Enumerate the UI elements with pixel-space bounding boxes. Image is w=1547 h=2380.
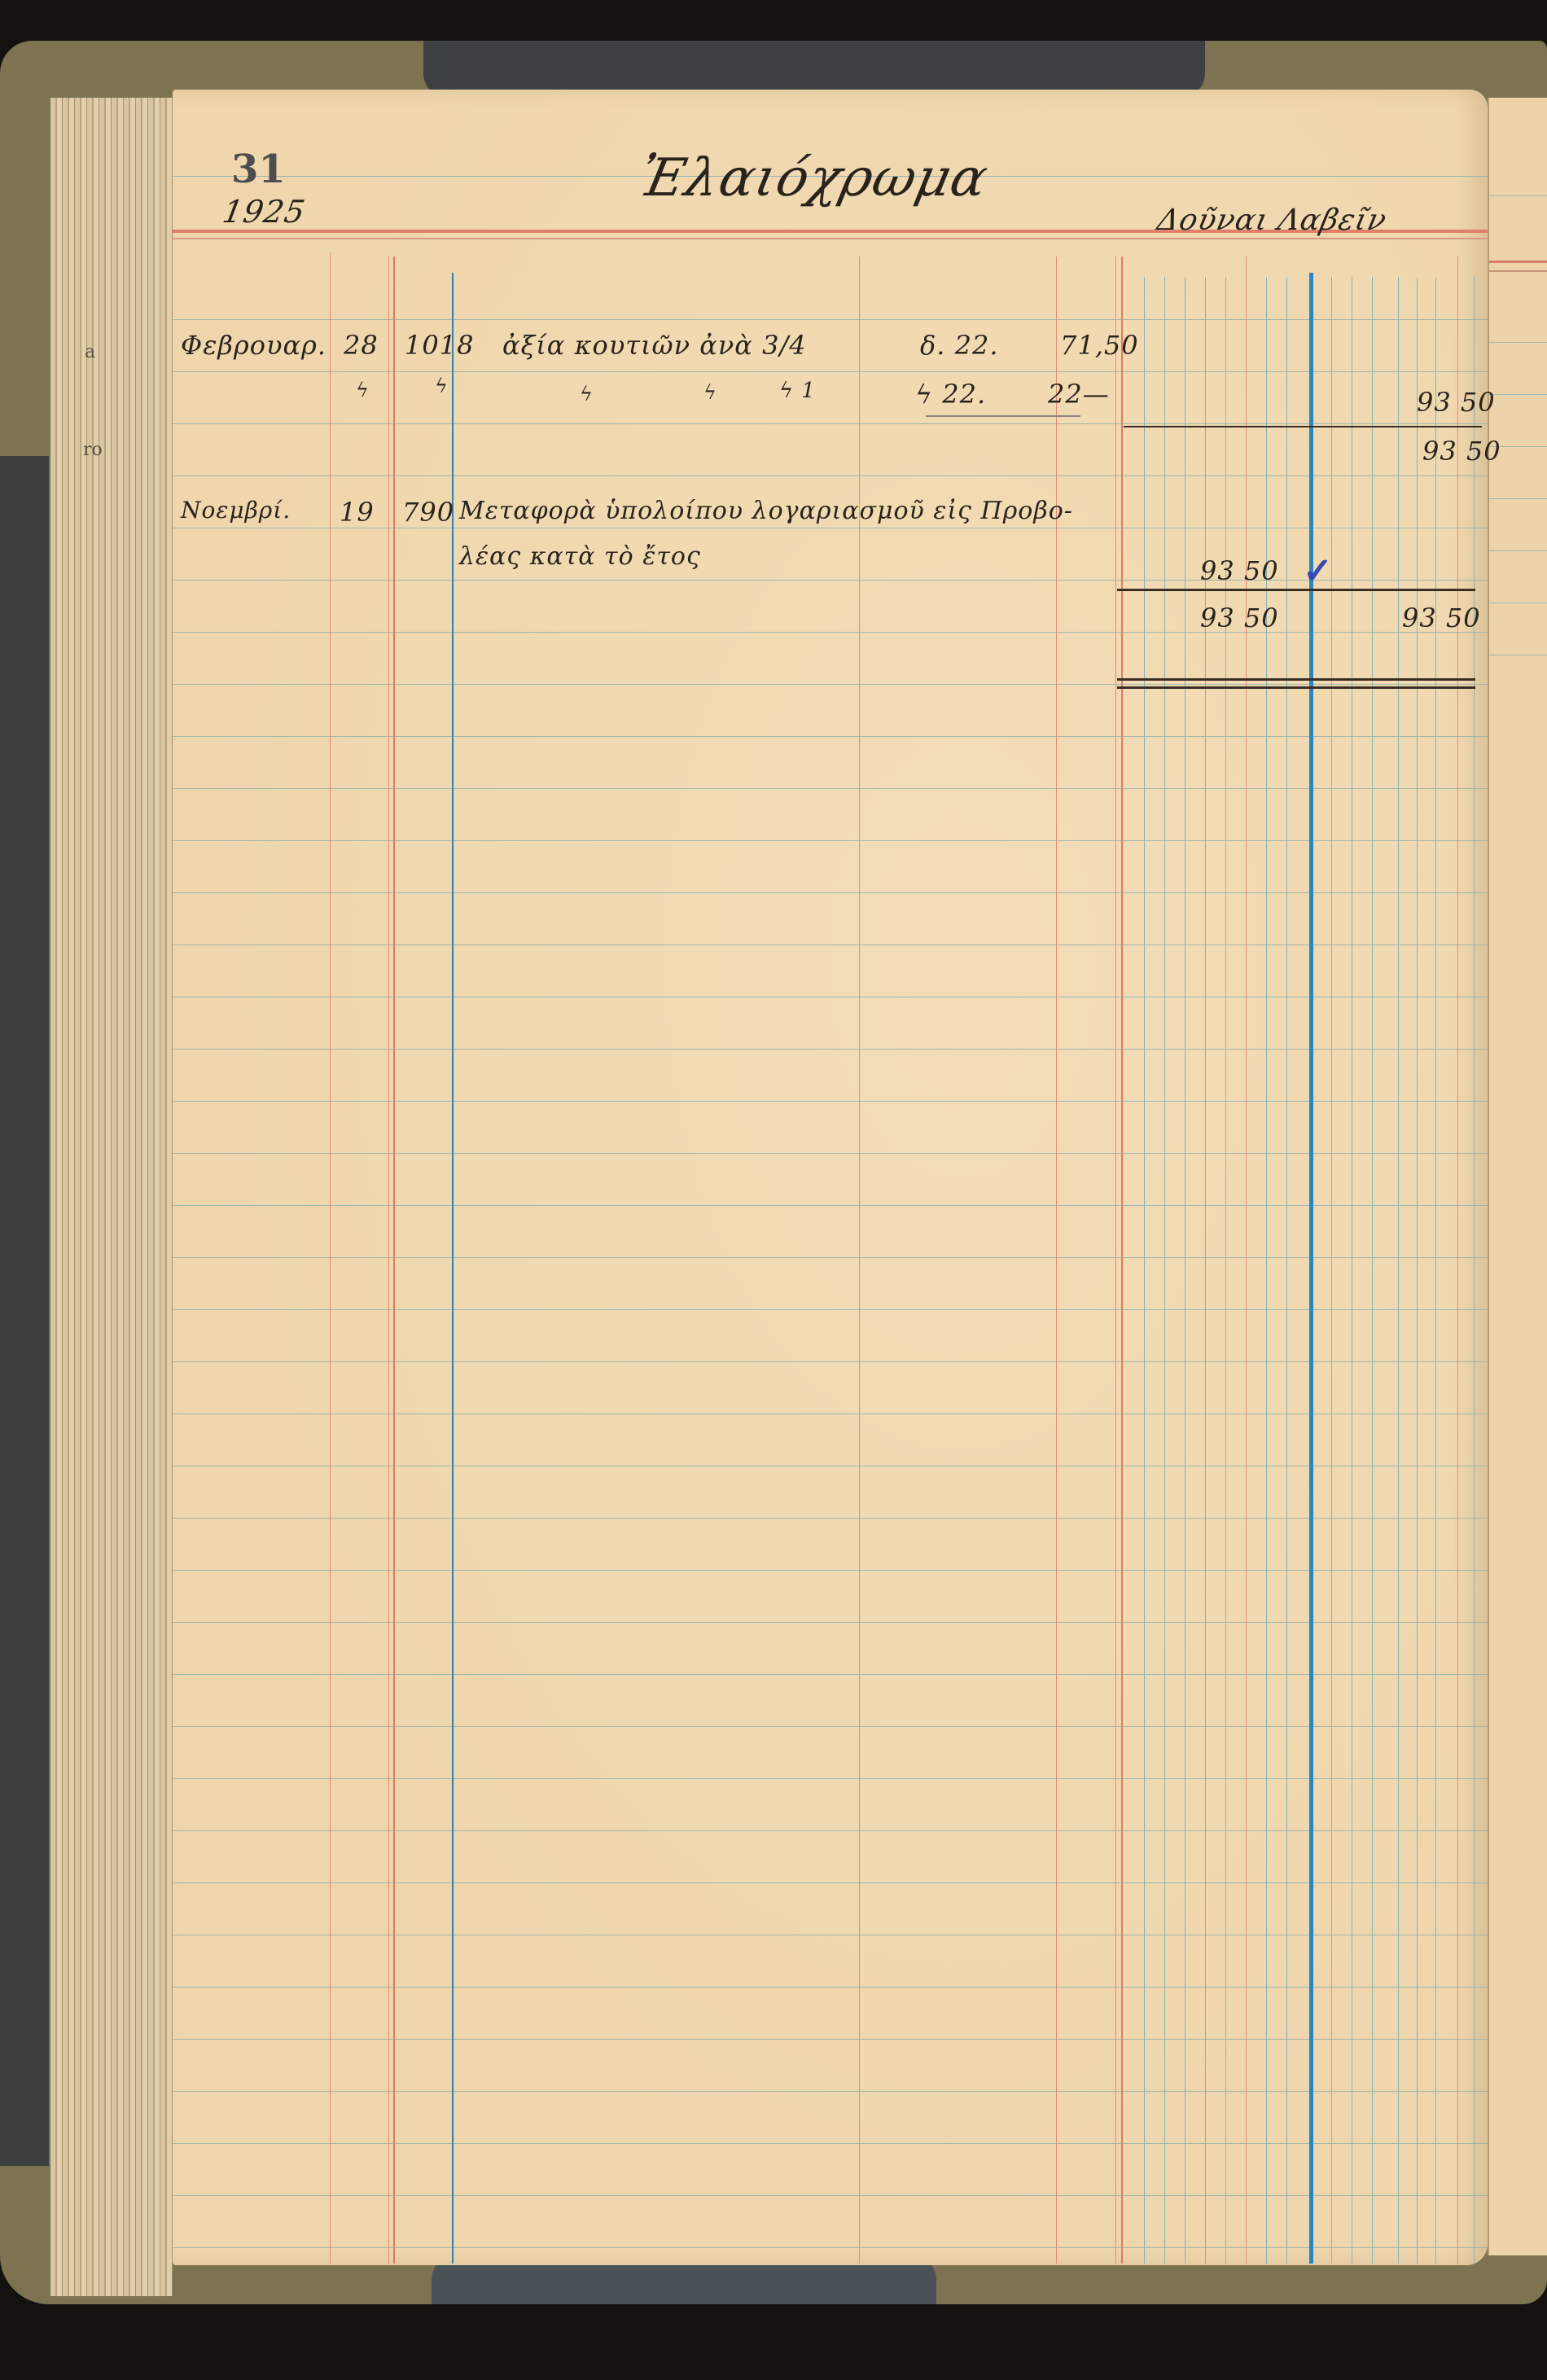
credit-total-final: 93 50 [1402,603,1481,633]
year-label: 1925 [220,194,308,230]
grid-line [1352,277,1352,2264]
ditto-day: ϟ [356,379,370,401]
ruled-line [173,1726,1488,1727]
balance-double-rule-2 [1117,686,1475,689]
grid-line [1398,277,1399,2264]
entry-amount: 71,50 [1060,330,1139,361]
balance-double-rule-1 [1117,678,1475,681]
column-rule-day [330,252,331,2264]
grid-line [1372,277,1373,2264]
ruled-line [173,1935,1488,1935]
grid-line [1286,277,1287,2264]
ruled-line [173,580,1488,581]
entry-description-line2: λέας κατὰ τὸ ἔτος [459,542,701,571]
cover-patch-left [0,456,49,2166]
ruled-line [173,840,1488,841]
ruled-line [173,2247,1488,2248]
ruled-line [173,319,1488,320]
ruled-line [173,423,1488,424]
ruled-line [173,1987,1488,1988]
ruled-line [173,1622,1488,1623]
ruled-line [173,1309,1488,1310]
entry-folio: 1018 [405,330,474,361]
ruled-line [173,1101,1488,1102]
facing-page-edge [1488,98,1547,2255]
debit-total: 93 50 [1200,603,1279,633]
credit-total-carried: 93 50 [1422,436,1501,467]
ruled-line [173,632,1488,633]
entry-debit-amount: 93 50 [1200,555,1279,586]
ditto-folio: ϟ [435,375,449,397]
ruled-line [173,684,1488,685]
ruled-line [173,2039,1488,2040]
ruled-line [173,1466,1488,1466]
balance-rule-top [1117,589,1475,591]
ditto-desc: ϟ [703,381,717,404]
header-rule-secondary [173,238,1488,239]
ruled-line [173,1830,1488,1831]
ruled-line [173,1518,1488,1519]
entry-description: ἀξία κουτιῶν ἀνὰ 3/4 [502,330,807,361]
check-mark-icon: ✓ [1303,550,1333,592]
entry-description-line1: Μεταφορὰ ὑπολοίπου λογαριασμοῦ εἰς Προβο… [459,497,1073,525]
ruled-line [173,1778,1488,1779]
ruled-line [173,1049,1488,1050]
entry-day: 28 [344,330,379,361]
ditto-amount: 22— [1048,379,1110,410]
grid-line [1164,277,1165,2264]
column-rule-subamount [859,256,860,2264]
ruled-line [173,945,1488,945]
ditto-desc: ϟ [580,383,594,405]
column-rule-credit-cents [1457,256,1458,2264]
entry-month: Νοεμβρί. [181,497,291,524]
entry-day: 19 [340,497,375,528]
ruled-line [173,892,1488,893]
grid-line [1474,277,1475,2264]
column-rule-description [452,273,454,2264]
ruled-line [173,1883,1488,1883]
ledger-page: 31 1925 Ἐλαιόχρωμα Δοῦναι Λαβεῖν Φεβρουα… [173,90,1488,2265]
entry-rate: δ. 22. [920,330,999,361]
margin-mark: a [85,342,95,362]
grid-line [1185,277,1185,2264]
ruled-line [173,736,1488,737]
column-rule-folio [393,256,395,2264]
page-number: 31 [231,147,286,192]
grid-line [1435,277,1436,2264]
grid-line [1144,277,1145,2264]
ruled-line [173,1414,1488,1414]
ruled-line [173,2091,1488,2092]
ruled-line [173,1153,1488,1154]
credit-total: 93 50 [1417,387,1496,418]
account-subtitle: Δοῦναι Λαβεῖν [1155,204,1390,237]
ruled-line [173,1257,1488,1258]
column-rule-debit-inner [1115,256,1116,2264]
column-rule-folio-inner [388,256,389,2264]
entry-month: Φεβρουαρ. [181,330,326,361]
entry-folio: 790 [402,497,454,528]
ditto-rate: ϟ 22. [915,379,986,410]
ruled-line [173,1674,1488,1675]
ruled-line [173,528,1488,528]
ruled-line [173,1205,1488,1206]
ruled-line [173,2143,1488,2144]
margin-mark: ro [83,440,103,460]
column-rule-amount [1056,256,1057,2264]
ruled-line [173,788,1488,789]
ruled-line [173,476,1488,476]
credit-total-rule [1124,426,1482,427]
ditto-desc: ϟ 1 [779,379,816,403]
column-rule-debit [1121,256,1123,2264]
ruled-line [173,997,1488,997]
ruled-line [173,1361,1488,1362]
subtotal-underline [926,415,1080,417]
ruled-line [173,1570,1488,1571]
grid-line [1417,277,1418,2264]
account-title: Ἐλαιόχρωμα [634,148,993,208]
page-stack-edge: a ro [50,98,173,2296]
ruled-line [173,2195,1488,2196]
ruled-line [173,371,1488,372]
